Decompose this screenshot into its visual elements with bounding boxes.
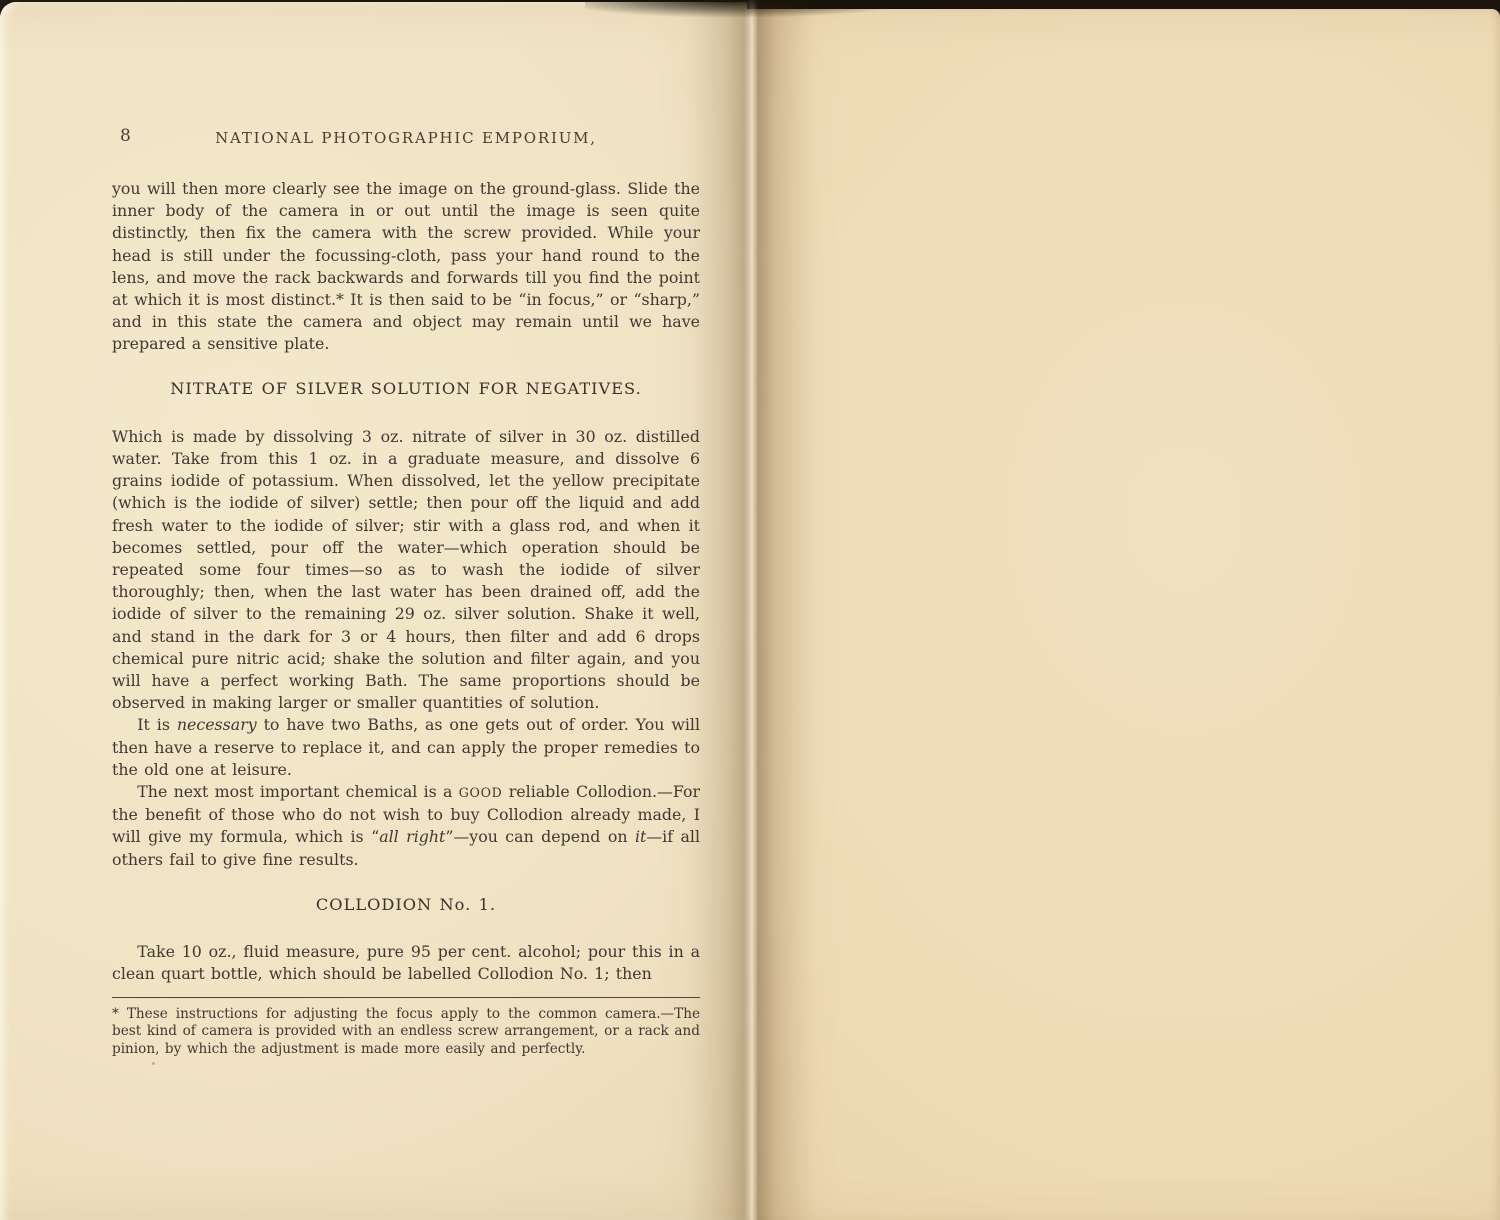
page-right: RICHARD WALZL, BALTIMORE. 9 add 100 grai… <box>747 9 1500 1220</box>
footnote: * These instructions for adjusting the f… <box>112 1006 700 1059</box>
heading-collodion-no-1: COLLODION No. 1. <box>112 894 700 916</box>
paragraph-collodion-intro: The next most important chemical is a GO… <box>112 781 700 871</box>
text-column-left: you will then more clearly see the image… <box>112 178 700 1058</box>
paragraph-two-baths: It is necessary to have two Baths, as on… <box>112 714 700 781</box>
page-number-left: 8 <box>120 126 131 146</box>
footnote-rule <box>112 997 700 998</box>
heading-nitrate-of-silver: NITRATE OF SILVER SOLUTION FOR NEGATIVES… <box>112 378 700 400</box>
page-left: 8 NATIONAL PHOTOGRAPHIC EMPORIUM, you wi… <box>0 2 747 1220</box>
paragraph-collodion-1: Take 10 oz., fluid measure, pure 95 per … <box>112 941 700 985</box>
paragraph-focus: you will then more clearly see the image… <box>112 178 700 356</box>
book-spread: 8 NATIONAL PHOTOGRAPHIC EMPORIUM, you wi… <box>0 0 1500 1220</box>
paragraph-nitrate: Which is made by dissolving 3 oz. nitrat… <box>112 426 700 715</box>
running-header-left: NATIONAL PHOTOGRAPHIC EMPORIUM, <box>112 129 700 147</box>
page-header-left: 8 NATIONAL PHOTOGRAPHIC EMPORIUM, <box>112 129 700 153</box>
